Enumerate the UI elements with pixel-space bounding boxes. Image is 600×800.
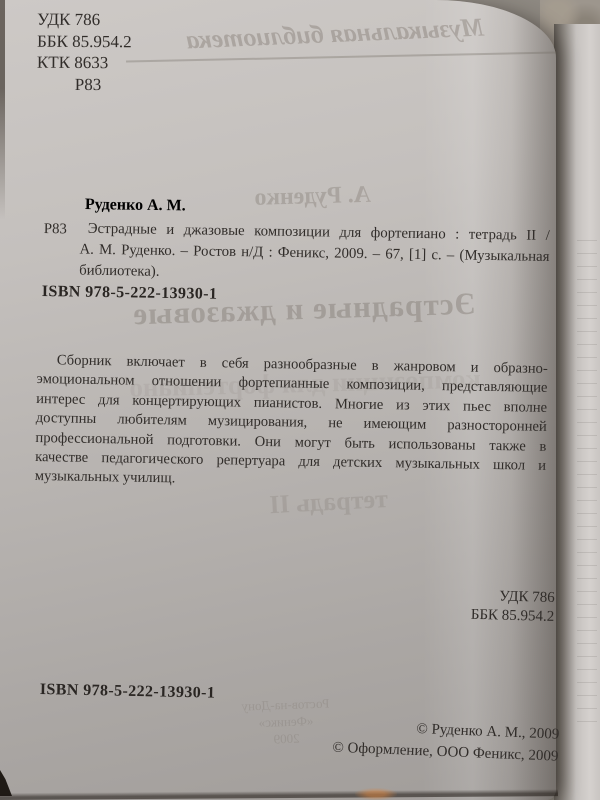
- copyright-block: © Руденко А. М., 2009 © Оформление, ООО …: [266, 712, 560, 768]
- photo-light-glint: [355, 788, 397, 800]
- photo-edge-shadow-left: [0, 0, 5, 220]
- isbn-number-bottom: ISBN 978-5-222-13930-1: [40, 681, 216, 703]
- author-sign-code: Р83: [37, 73, 132, 95]
- next-page-edge: [554, 24, 600, 800]
- book-page-photo: Музыкальная библиотека УДК 786 ББК 85.95…: [0, 0, 600, 800]
- udk-code: УДК 786: [37, 9, 132, 31]
- classification-codes-bottom: УДК 786 ББК 85.954.2: [424, 586, 555, 626]
- bleedthrough-series-rule: [126, 51, 556, 62]
- annotation-paragraph: Сборник включает в себя разнообразные в …: [35, 351, 548, 496]
- author-heading: Руденко А. М.: [85, 196, 186, 215]
- bbk-code-bottom: ББК 85.954.2: [424, 604, 554, 626]
- catalog-entry: Р83 Эстрадные и джазовые композиции для …: [43, 218, 552, 289]
- ktk-code: КТК 8633: [37, 52, 132, 74]
- classification-codes-top: УДК 786 ББК 85.954.2 КТК 8633 Р83: [37, 9, 132, 95]
- isbn-number-top: ISBN 978-5-222-13930-1: [42, 283, 218, 304]
- catalog-description: Эстрадные и джазовые композиции для форт…: [79, 219, 550, 289]
- bleedthrough-author: А. Руденко: [196, 182, 372, 214]
- bbk-code: ББК 85.954.2: [37, 30, 132, 52]
- catalog-author-sign: Р83: [44, 219, 67, 240]
- bleedthrough-series-title: Музыкальная библиотека: [112, 9, 559, 58]
- imprint-page: Музыкальная библиотека УДК 786 ББК 85.95…: [0, 0, 556, 800]
- sheet-music-bleed: [577, 234, 597, 730]
